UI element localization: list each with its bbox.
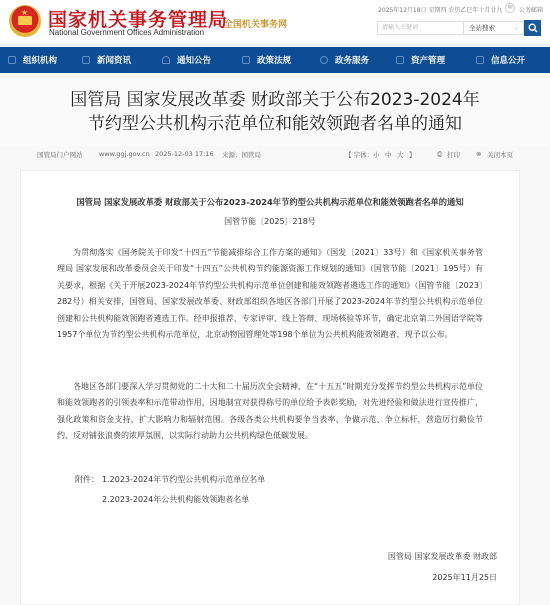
- nav-item-news[interactable]: 新闻资讯: [82, 47, 131, 73]
- chevron-down-icon: ⌄: [514, 22, 519, 34]
- search-button[interactable]: [524, 20, 541, 36]
- sub-site-link[interactable]: 全国机关事务网: [224, 17, 287, 30]
- sign-date: 2025年11月25日: [432, 572, 497, 583]
- article-paragraph-2: 各地区各部门要深入学习贯彻党的二十大和二十届历次全会精神，在“十五五”时期充分发…: [57, 379, 483, 445]
- nav-label: 资产管理: [411, 54, 445, 66]
- page-title: 国管局 国家发展改革委 财政部关于公布2023-2024年 节约型公共机构示范单…: [0, 88, 550, 136]
- nav-item-policy[interactable]: 政策法规: [242, 47, 291, 73]
- bell-icon: [162, 56, 170, 64]
- document-number: 国管节能〔2025〕218号: [20, 216, 520, 227]
- nav-item-services[interactable]: 政务服务: [320, 47, 369, 73]
- meta-url: www.ggj.gov.cn: [99, 150, 150, 158]
- mailbox-link[interactable]: 公务邮箱: [519, 5, 543, 14]
- print-icon[interactable]: ⎙: [437, 150, 442, 159]
- font-size-large-button[interactable]: 大: [397, 150, 404, 159]
- nav-item-disclosure[interactable]: 信息公开: [476, 47, 525, 73]
- search-icon: [528, 23, 538, 33]
- nav-label: 通知公告: [177, 54, 211, 66]
- org-icon: [8, 56, 16, 64]
- nav-label: 新闻资讯: [97, 54, 131, 66]
- font-size-bracket: 】: [409, 150, 416, 159]
- nav-label: 组织机构: [23, 54, 57, 66]
- meta-datetime: 2025-12-03 17:16: [155, 150, 214, 158]
- meta-site: 国管局门户网站: [37, 150, 83, 159]
- news-icon: [82, 56, 90, 64]
- policy-icon: [242, 56, 250, 64]
- doc-icon: [476, 56, 484, 64]
- signatories: 国管局 国家发展改革委 财政部: [388, 551, 497, 562]
- nav-label: 政务服务: [335, 54, 369, 66]
- date-line: 2025年12月18日 星期四 农历乙巳年十月廿九: [378, 5, 502, 14]
- font-size-label: 【 字体：: [345, 150, 373, 159]
- attachments-label: 附件：: [75, 474, 99, 485]
- attachment-link-1[interactable]: 1.2023-2024年节约型公共机构示范单位名单: [102, 474, 265, 485]
- grid-icon: [396, 56, 404, 64]
- heart-icon: [320, 56, 328, 64]
- nav-item-organization[interactable]: 组织机构: [8, 47, 57, 73]
- nav-label: 信息公开: [491, 54, 525, 66]
- search-input[interactable]: 请输入关键词: [377, 21, 464, 35]
- mail-icon[interactable]: ✉: [505, 3, 515, 13]
- national-emblem-icon: ★: [9, 5, 41, 37]
- site-logo-subtitle: National Government Offices Administrati…: [49, 28, 204, 37]
- site-header: ★ 国家机关事务管理局 National Government Offices …: [0, 0, 550, 45]
- search-scope-value: 全站搜索: [469, 24, 495, 32]
- meta-source: 来源：国管局: [222, 150, 261, 159]
- main-nav: 组织机构 新闻资讯 通知公告 政策法规 政务服务 资产管理 信息公开: [0, 47, 550, 73]
- font-size-medium-button[interactable]: 中: [385, 150, 392, 159]
- nav-label: 政策法规: [257, 54, 291, 66]
- nav-item-notices[interactable]: 通知公告: [162, 47, 211, 73]
- attachment-link-2[interactable]: 2.2023-2024年公共机构能效领跑者名单: [102, 494, 249, 505]
- article-paragraph-1: 为贯彻落实《国务院关于印发“十四五”节能减排综合工作方案的通知》（国发〔2021…: [57, 245, 483, 343]
- page-title-line-1: 国管局 国家发展改革委 财政部关于公布2023-2024年: [0, 88, 550, 112]
- nav-item-assets[interactable]: 资产管理: [396, 47, 445, 73]
- font-size-small-button[interactable]: 小: [373, 150, 380, 159]
- close-icon[interactable]: ⊗: [476, 150, 481, 158]
- print-button[interactable]: 打印: [447, 150, 460, 159]
- close-page-button[interactable]: 关闭本页: [487, 150, 513, 159]
- search-scope-select[interactable]: 全站搜索 ⌄: [464, 21, 524, 35]
- header-divider: [0, 44, 550, 46]
- article-heading: 国管局 国家发展改革委 财政部关于公布2023-2024年节约型公共机构示范单位…: [20, 196, 520, 208]
- page-title-line-2: 节约型公共机构示范单位和能效领跑者名单的通知: [0, 112, 550, 136]
